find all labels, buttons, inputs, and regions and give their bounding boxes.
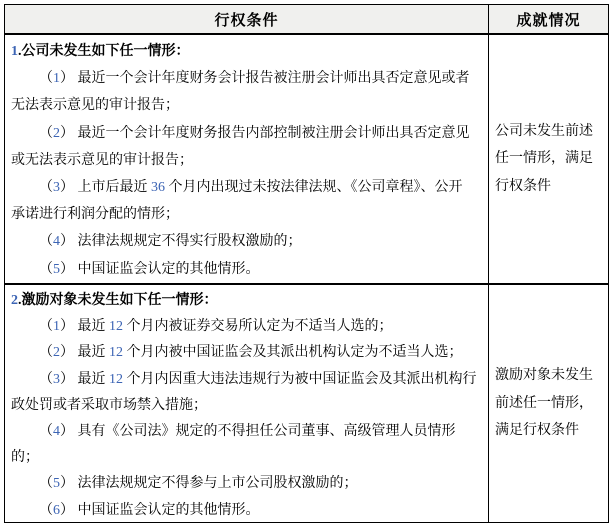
row2-status-cell: 激励对象未发生前述任一情形，满足行权条件 (488, 283, 608, 522)
row1-item-2: （2） 最近一个会计年度财务报告内部控制被注册会计师出具否定意见或无法表示意见的… (11, 120, 483, 174)
row1-status-text: 公司未发生前述任一情形，满足行权条件 (495, 118, 593, 201)
exercise-conditions-table: 行权条件 成就情况 1.公司未发生如下任一情形： （1） 最近一个会计年度财务会… (4, 4, 609, 523)
row2-heading: 2.激励对象未发生如下任一情形： (11, 288, 483, 314)
header-achievement-status: 成就情况 (488, 5, 608, 33)
row1-item-5: （5） 中国证监会认定的其他情形。 (11, 256, 483, 283)
row1-item-3: （3） 上市后最近 36 个月内出现过未按法律法规、《公司章程》、公开承诺进行利… (11, 174, 483, 228)
row2-item-6: （6） 中国证监会认定的其他情形。 (11, 498, 483, 522)
row1-status-cell: 公司未发生前述任一情形，满足行权条件 (488, 33, 608, 283)
row1-conditions-cell: 1.公司未发生如下任一情形： （1） 最近一个会计年度财务会计报告被注册会计师出… (5, 33, 488, 283)
header-exercise-conditions: 行权条件 (5, 5, 488, 33)
row2-item-4: （4） 具有《公司法》规定的不得担任公司董事、高级管理人员情形的； (11, 419, 483, 471)
row2-item-3: （3） 最近 12 个月内因重大违法违规行为被中国证监会及其派出机构行政处罚或者… (11, 367, 483, 419)
row1-item-1: （1） 最近一个会计年度财务会计报告被注册会计师出具否定意见或者无法表示意见的审… (11, 65, 483, 119)
header-achievement-status-label: 成就情况 (516, 9, 580, 30)
row2-item-5: （5） 法律法规规定不得参与上市公司股权激励的； (11, 471, 483, 497)
row2-item-2: （2） 最近 12 个月内被中国证监会及其派出机构认定为不适当人选； (11, 340, 483, 366)
row2-status-text: 激励对象未发生前述任一情形，满足行权条件 (495, 362, 593, 445)
row1-heading: 1.公司未发生如下任一情形： (11, 38, 483, 65)
row1-item-4: （4） 法律法规规定不得实行股权激励的； (11, 228, 483, 255)
document-page: 行权条件 成就情况 1.公司未发生如下任一情形： （1） 最近一个会计年度财务会… (0, 0, 615, 528)
row2-conditions-cell: 2.激励对象未发生如下任一情形： （1） 最近 12 个月内被证券交易所认定为不… (5, 283, 488, 522)
row2-item-1: （1） 最近 12 个月内被证券交易所认定为不适当人选的； (11, 314, 483, 340)
header-exercise-conditions-label: 行权条件 (214, 9, 278, 30)
